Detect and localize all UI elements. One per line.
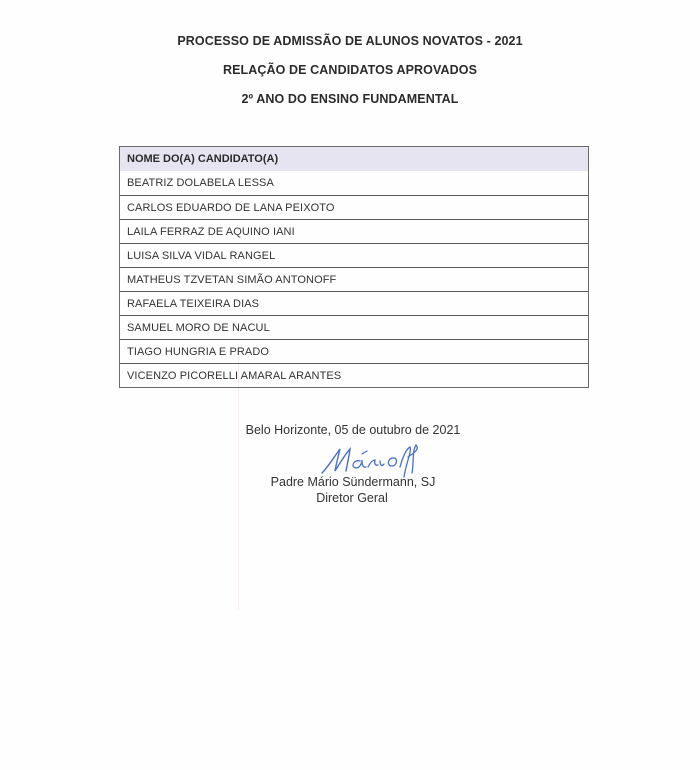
table-header: NOME DO(A) CANDIDATO(A) (120, 147, 588, 171)
document-title: PROCESSO DE ADMISSÃO DE ALUNOS NOVATOS -… (0, 34, 700, 48)
place-and-date: Belo Horizonte, 05 de outubro de 2021 (0, 423, 700, 437)
table-row: SAMUEL MORO DE NACUL (120, 315, 588, 339)
document-subtitle: RELAÇÃO DE CANDIDATOS APROVADOS (0, 63, 700, 77)
signature-icon (316, 443, 426, 479)
signer-role: Diretor Geral (0, 491, 700, 505)
table-row: TIAGO HUNGRIA E PRADO (120, 339, 588, 363)
table-row: BEATRIZ DOLABELA LESSA (120, 171, 588, 195)
table-row: RAFAELA TEIXEIRA DIAS (120, 291, 588, 315)
table-row: LUISA SILVA VIDAL RANGEL (120, 243, 588, 267)
approved-candidates-table: NOME DO(A) CANDIDATO(A) BEATRIZ DOLABELA… (119, 146, 589, 388)
table-row: MATHEUS TZVETAN SIMÃO ANTONOFF (120, 267, 588, 291)
table-row: LAILA FERRAZ DE AQUINO IANI (120, 219, 588, 243)
signer-name: Padre Mário Sündermann, SJ (0, 475, 700, 489)
document-grade-heading: 2º ANO DO ENSINO FUNDAMENTAL (0, 92, 700, 106)
table-body: BEATRIZ DOLABELA LESSA CARLOS EDUARDO DE… (120, 171, 588, 387)
document-page: PROCESSO DE ADMISSÃO DE ALUNOS NOVATOS -… (0, 0, 700, 770)
table-row: CARLOS EDUARDO DE LANA PEIXOTO (120, 195, 588, 219)
table-row: VICENZO PICORELLI AMARAL ARANTES (120, 363, 588, 387)
